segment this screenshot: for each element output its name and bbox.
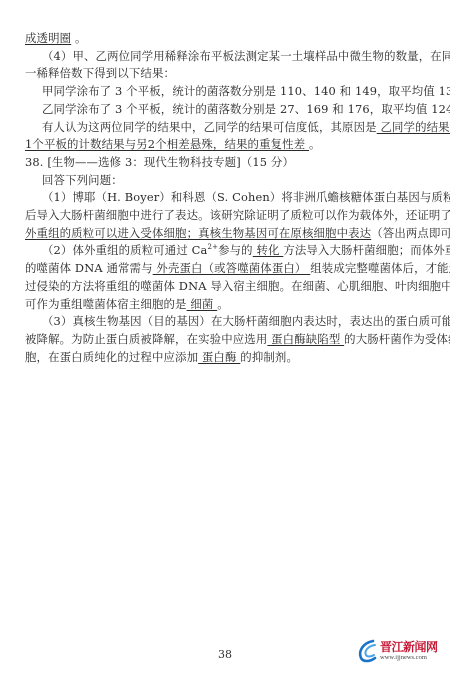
text-line: （3）真核生物基因（目的基因）在大肠杆菌细胞内表达时，表达出的蛋白质可能会 <box>42 313 447 331</box>
text-segment: 38. [生物——选修 3：现代生物科技专题]（15 分） <box>25 155 294 169</box>
text-line: 后导入大肠杆菌细胞中进行了表达。该研究除证明了质粒可以作为载体外，还证明了体 <box>25 207 430 225</box>
text-line: 38. [生物——选修 3：现代生物科技专题]（15 分） <box>25 154 430 172</box>
text-segment: 组装成完整噬菌体后，才能通 <box>310 261 450 275</box>
answer-blank: 蛋白酶缺陷型 <box>267 332 344 346</box>
text-segment: 方法导入大肠杆菌细胞；而体外重组 <box>283 243 450 257</box>
text-line: 外重组的质粒可以进入受体细胞；真核生物基因可在原核细胞中表达（答出两点即可）。 <box>25 225 430 243</box>
logo-title: 晋江新闻网 <box>380 638 438 655</box>
text-segment: 被降解。为防止蛋白质被降解，在实验中应选用 <box>25 332 267 346</box>
text-line: 过侵染的方法将重组的噬菌体 DNA 导入宿主细胞。在细菌、心肌细胞、叶肉细胞中， <box>25 278 430 296</box>
document-page: 成透明圈 。（4）甲、乙两位同学用稀释涂布平板法测定某一土壤样品中微生物的数量，… <box>0 0 450 680</box>
text-line: 的噬菌体 DNA 通常需与 外壳蛋白（或答噬菌体蛋白） 组装成完整噬菌体后，才能… <box>25 260 430 278</box>
text-line: 可作为重组噬菌体宿主细胞的是 细菌 。 <box>25 296 430 314</box>
text-line: （1）博耶（H. Boyer）和科恩（S. Cohen）将非洲爪蟾核糖体蛋白基因… <box>42 189 447 207</box>
text-segment: （2）体外重组的质粒可通过 Ca <box>42 243 207 257</box>
text-segment: 的噬菌体 DNA 通常需与 <box>25 261 153 275</box>
answer-blank: 外壳蛋白（或答噬菌体蛋白） <box>153 261 311 275</box>
text-line: 回答下列问题： <box>42 172 447 190</box>
text-line: 成透明圈 。 <box>25 30 430 48</box>
page-number: 38 <box>218 648 232 661</box>
text-segment: 。 <box>309 137 321 151</box>
text-segment: 。 <box>71 31 86 45</box>
text-segment: 2+ <box>207 244 218 252</box>
text-segment: 。 <box>217 297 229 311</box>
answer-blank: 外重组的质粒可以进入受体细胞；真核生物基因可在原核细胞中表达 <box>25 226 371 240</box>
text-line: 被降解。为防止蛋白质被降解，在实验中应选用 蛋白酶缺陷型 的大肠杆菌作为受体细 <box>25 331 430 349</box>
text-segment: 后导入大肠杆菌细胞中进行了表达。该研究除证明了质粒可以作为载体外，还证明了 <box>25 208 450 222</box>
text-segment: 的抑制剂。 <box>240 350 298 364</box>
text-segment: （3）真核生物基因（目的基因）在大肠杆菌细胞内表达时，表达出的蛋白质可能会 <box>42 314 450 328</box>
watermark-logo: 晋江新闻网 www.ijjnews.com <box>357 638 447 668</box>
answer-blank: 乙同学的结果中， <box>377 120 450 134</box>
answer-blank: 细菌 <box>187 297 218 311</box>
text-line: 一稀释倍数下得到以下结果： <box>25 65 430 83</box>
text-line: 甲同学涂布了 3 个平板，统计的菌落数分别是 110、140 和 149，取平均… <box>42 83 447 101</box>
text-segment: 乙同学涂布了 3 个平板，统计的菌落数分别是 27、169 和 176，取平均值… <box>42 102 450 116</box>
text-line: （2）体外重组的质粒可通过 Ca2+参与的 转化 方法导入大肠杆菌细胞；而体外重… <box>42 242 447 260</box>
text-segment: 胞，在蛋白质纯化的过程中应添加 <box>25 350 198 364</box>
text-segment: 有人认为这两位同学的结果中，乙同学的结果可信度低，其原因是 <box>42 120 377 134</box>
text-segment: （4）甲、乙两位同学用稀释涂布平板法测定某一土壤样品中微生物的数量，在同 <box>42 49 450 63</box>
text-segment: 的大肠杆菌作为受体细 <box>344 332 450 346</box>
text-line: （4）甲、乙两位同学用稀释涂布平板法测定某一土壤样品中微生物的数量，在同 <box>42 48 447 66</box>
text-segment: 甲同学涂布了 3 个平板，统计的菌落数分别是 110、140 和 149，取平均… <box>42 84 450 98</box>
text-line: 乙同学涂布了 3 个平板，统计的菌落数分别是 27、169 和 176，取平均值… <box>42 101 447 119</box>
text-line: 胞，在蛋白质纯化的过程中应添加 蛋白酶 的抑制剂。 <box>25 349 430 367</box>
logo-url: www.ijjnews.com <box>380 654 427 661</box>
text-segment: 回答下列问题： <box>42 173 123 187</box>
answer-blank: 转化 <box>253 243 284 257</box>
text-segment: 过侵染的方法将重组的噬菌体 DNA 导入宿主细胞。在细菌、心肌细胞、叶肉细胞中， <box>25 279 450 293</box>
text-line: 有人认为这两位同学的结果中，乙同学的结果可信度低，其原因是 乙同学的结果中， <box>42 119 447 137</box>
answer-blank: 蛋白酶 <box>198 350 240 364</box>
text-segment: （答出两点即可）。 <box>371 226 450 240</box>
text-segment: 可作为重组噬菌体宿主细胞的是 <box>25 297 187 311</box>
text-segment: （1）博耶（H. Boyer）和科恩（S. Cohen）将非洲爪蟾核糖体蛋白基因… <box>42 190 450 204</box>
answer-blank: 1个平板的计数结果与另2个相差悬殊，结果的重复性差 <box>25 137 309 151</box>
swirl-logo-icon <box>357 639 379 663</box>
text-segment: 一稀释倍数下得到以下结果： <box>25 66 175 80</box>
answer-blank: 成透明圈 <box>25 31 71 45</box>
text-line: 1个平板的计数结果与另2个相差悬殊，结果的重复性差 。 <box>25 136 430 154</box>
text-segment: 参与的 <box>218 243 253 257</box>
